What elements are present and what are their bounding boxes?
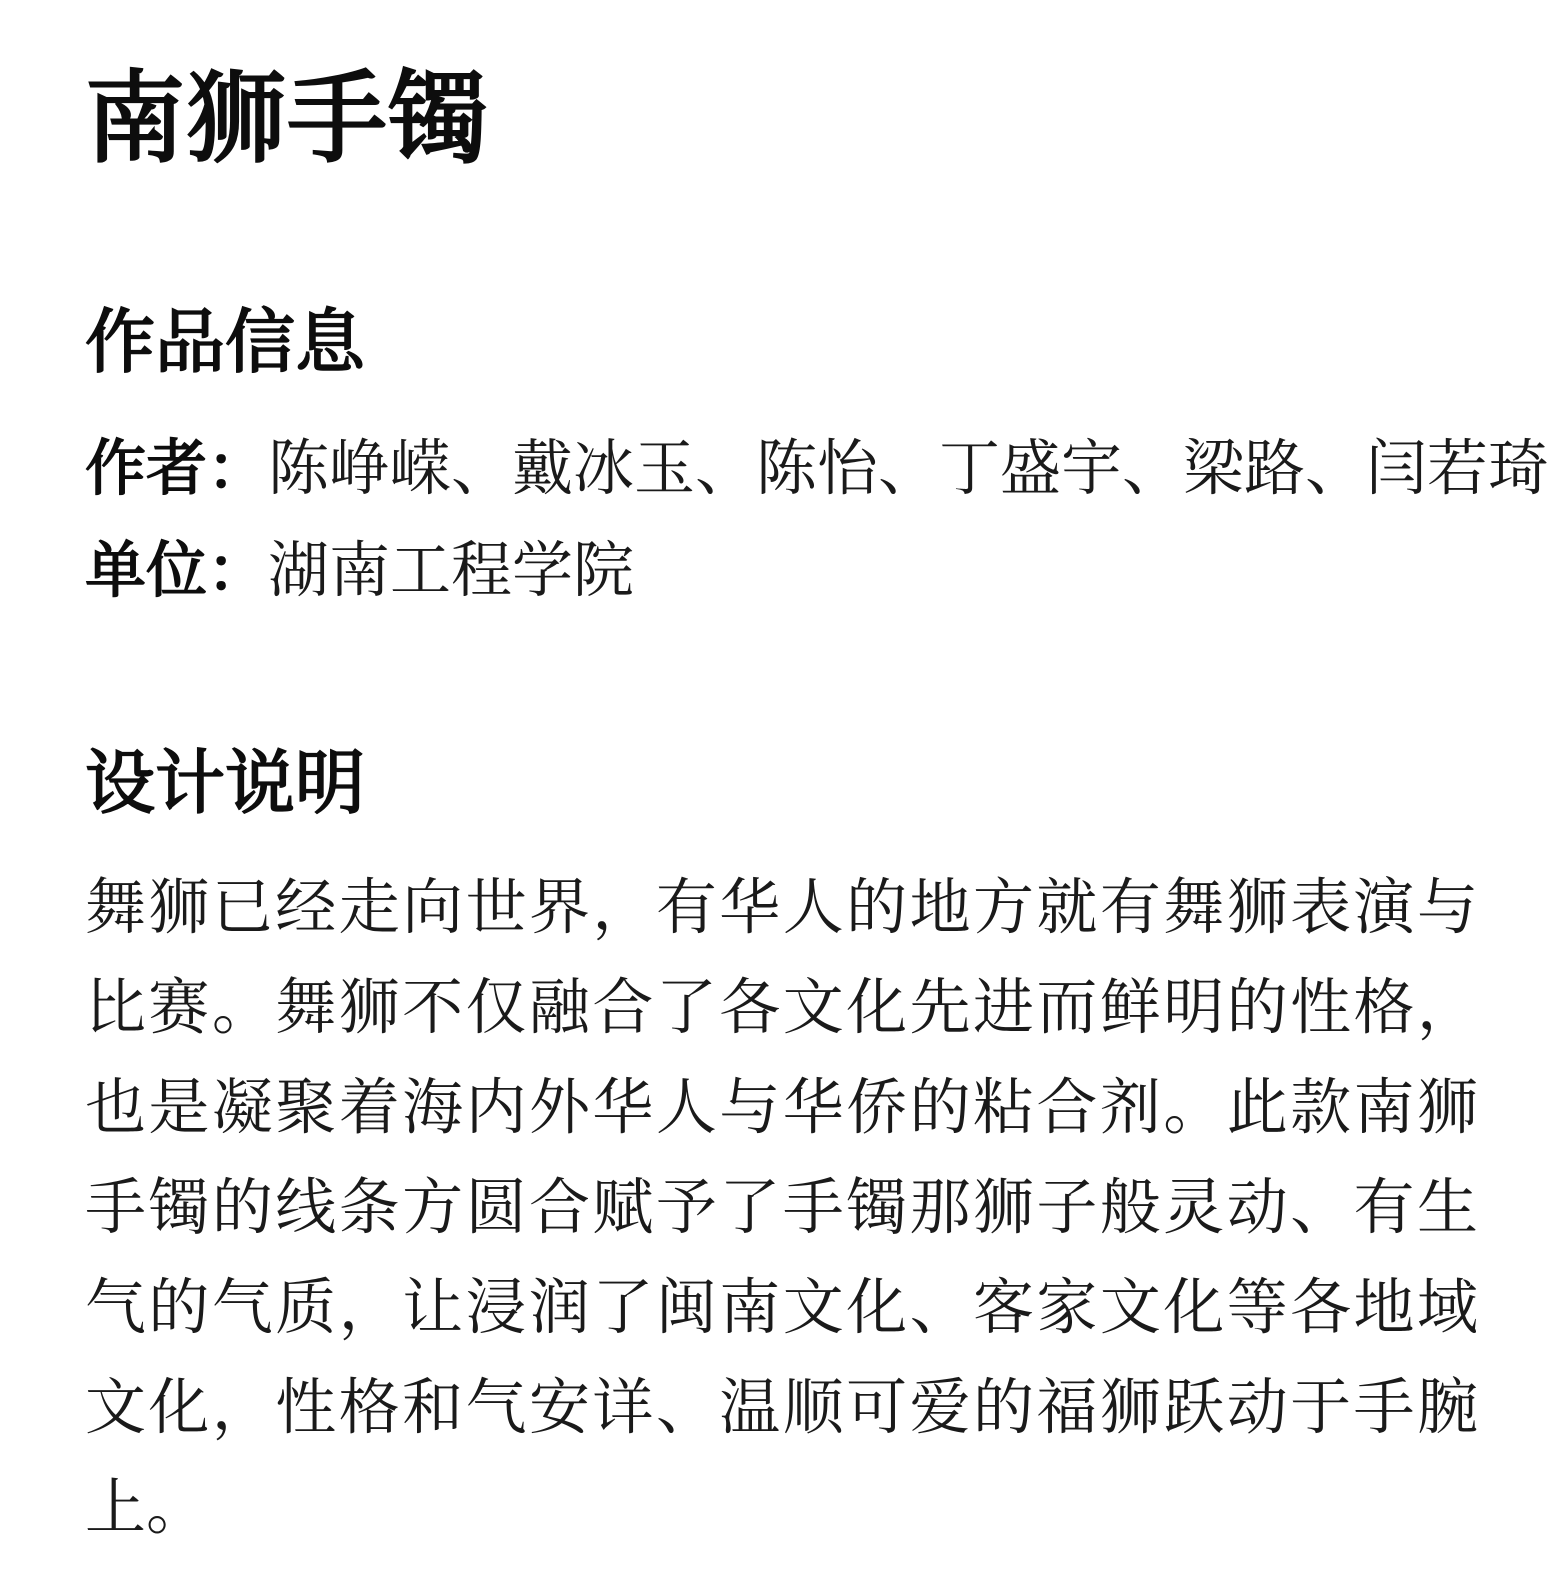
document-page: 南狮手镯 作品信息 作者：陈峥嵘、戴冰玉、陈怡、丁盛宇、梁路、闫若琦 单位：湖南… [0,0,1563,1594]
unit-label: 单位： [85,536,268,604]
author-field: 作者：陈峥嵘、戴冰玉、陈怡、丁盛宇、梁路、闫若琦 [85,417,1478,519]
page-title: 南狮手镯 [85,48,1478,190]
design-description-text: 舞狮已经走向世界，有华人的地方就有舞狮表演与比赛。舞狮不仅融合了各文化先进而鲜明… [85,857,1478,1557]
section-heading-design-description: 设计说明 [85,743,1478,824]
unit-field: 单位：湖南工程学院 [85,519,1478,621]
section-heading-work-info: 作品信息 [85,302,1478,383]
work-info-fields: 作者：陈峥嵘、戴冰玉、陈怡、丁盛宇、梁路、闫若琦 单位：湖南工程学院 [85,417,1478,621]
unit-value: 湖南工程学院 [268,536,634,604]
author-label: 作者： [85,434,268,502]
author-value: 陈峥嵘、戴冰玉、陈怡、丁盛宇、梁路、闫若琦 [268,434,1549,502]
